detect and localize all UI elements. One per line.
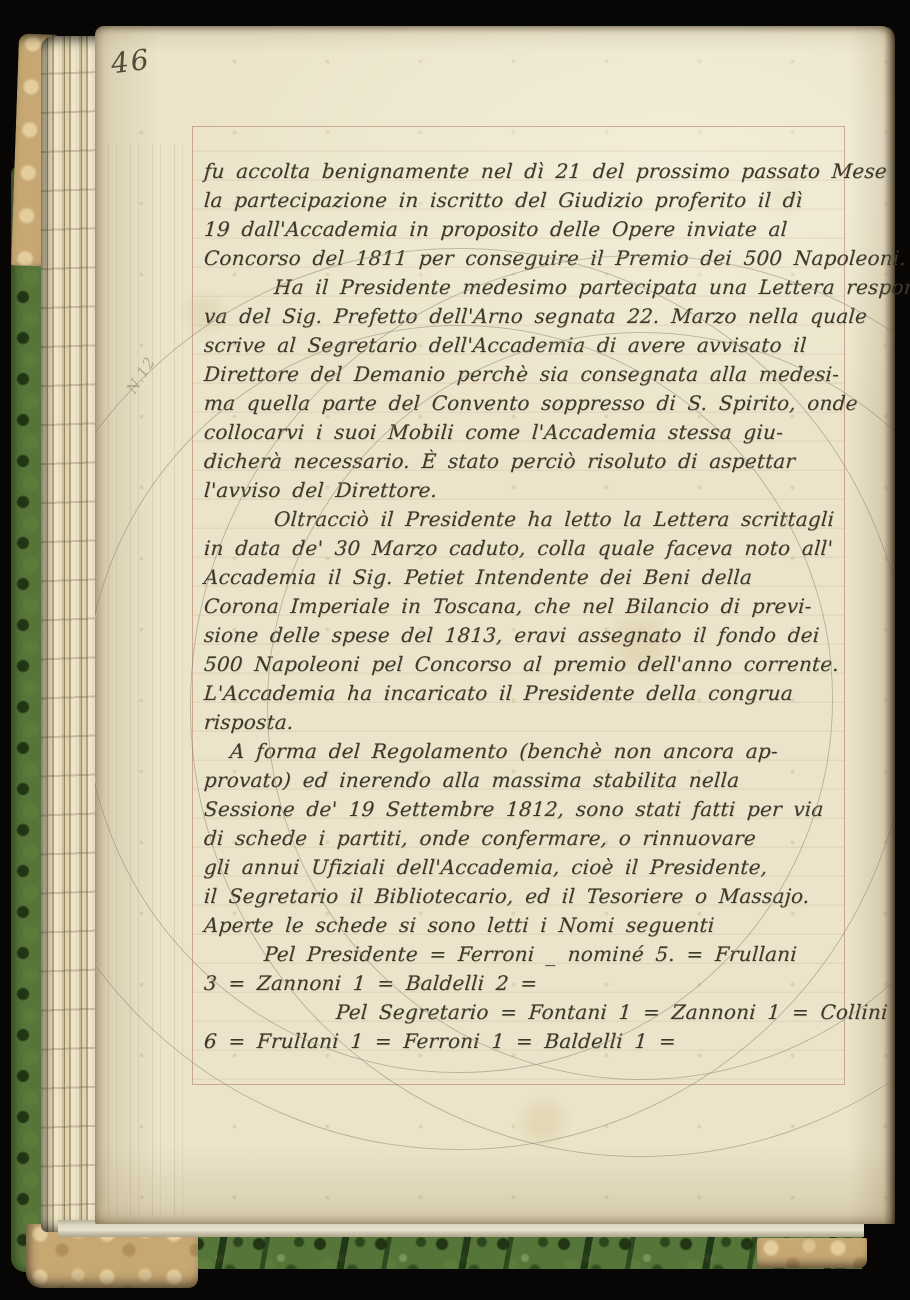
ruled-border-frame: fu accolta benignamente nel dì 21 del pr… [192, 126, 845, 1085]
text-line: 500 Napoleoni pel Concorso al premio del… [203, 650, 842, 679]
text-line: L'Accademia ha incaricato il Presidente … [203, 679, 842, 708]
text-line: sione delle spese del 1813, eravi assegn… [203, 621, 842, 650]
text-line: in data de' 30 Marzo caduto, colla quale… [203, 534, 842, 563]
text-line: A forma del Regolamento (benchè non anco… [203, 737, 842, 766]
text-line: Aperte le schede si sono letti i Nomi se… [203, 911, 842, 940]
underlying-page-edge-lines [95, 144, 183, 1216]
manuscript-text-block: fu accolta benignamente nel dì 21 del pr… [203, 157, 840, 1056]
text-line: ma quella parte del Convento soppresso d… [203, 389, 842, 418]
page-number: 46 [109, 46, 152, 79]
cover-edge-bottom-right [757, 1238, 867, 1268]
margin-pencil-note: N.12 [123, 353, 159, 396]
text-line: Accademia il Sig. Petiet Intendente dei … [203, 563, 842, 592]
text-line: 3 = Zannoni 1 = Baldelli 2 = [203, 969, 842, 998]
text-line: la partecipazione in iscritto del Giudiz… [203, 186, 842, 215]
text-line: il Segretario il Bibliotecario, ed il Te… [203, 882, 842, 911]
text-line: Ha il Presidente medesimo partecipata un… [203, 273, 842, 302]
text-line: di schede i partiti, onde confermare, o … [203, 824, 842, 853]
text-line: 19 dall'Accademia in proposito delle Ope… [203, 215, 842, 244]
text-line: risposta. [203, 708, 842, 737]
text-line: l'avviso del Direttore. [203, 476, 842, 505]
text-line: va del Sig. Prefetto dell'Arno segnata 2… [203, 302, 842, 331]
text-line: Concorso del 1811 per conseguire il Prem… [203, 244, 842, 273]
archival-photo-of-manuscript: { "document": { "page_number": "46", "ma… [0, 0, 910, 1300]
text-line: Corona Imperiale in Toscana, che nel Bil… [203, 592, 842, 621]
text-line: Pel Segretario = Fontani 1 = Zannoni 1 =… [203, 998, 842, 1027]
text-line: Oltracciò il Presidente ha letto la Lett… [203, 505, 842, 534]
text-line: scrive al Segretario dell'Accademia di a… [203, 331, 842, 360]
text-line: collocarvi i suoi Mobili come l'Accademi… [203, 418, 842, 447]
text-line: dicherà necessario. È stato perciò risol… [203, 447, 842, 476]
text-line: Direttore del Demanio perchè sia consegn… [203, 360, 842, 389]
text-line: provato) ed inerendo alla massima stabil… [203, 766, 842, 795]
page-right-crease [884, 26, 895, 1224]
text-line: 6 = Frullani 1 = Ferroni 1 = Baldelli 1 … [203, 1027, 842, 1056]
manuscript-page: 46 N.12 fu accolta benignamente nel dì 2… [95, 26, 895, 1224]
text-line: fu accolta benignamente nel dì 21 del pr… [203, 157, 842, 186]
text-line: Pel Presidente = Ferroni _ nominé 5. = F… [203, 940, 842, 969]
text-line: gli annui Ufiziali dell'Accademia, cioè … [203, 853, 842, 882]
text-line: Sessione de' 19 Settembre 1812, sono sta… [203, 795, 842, 824]
